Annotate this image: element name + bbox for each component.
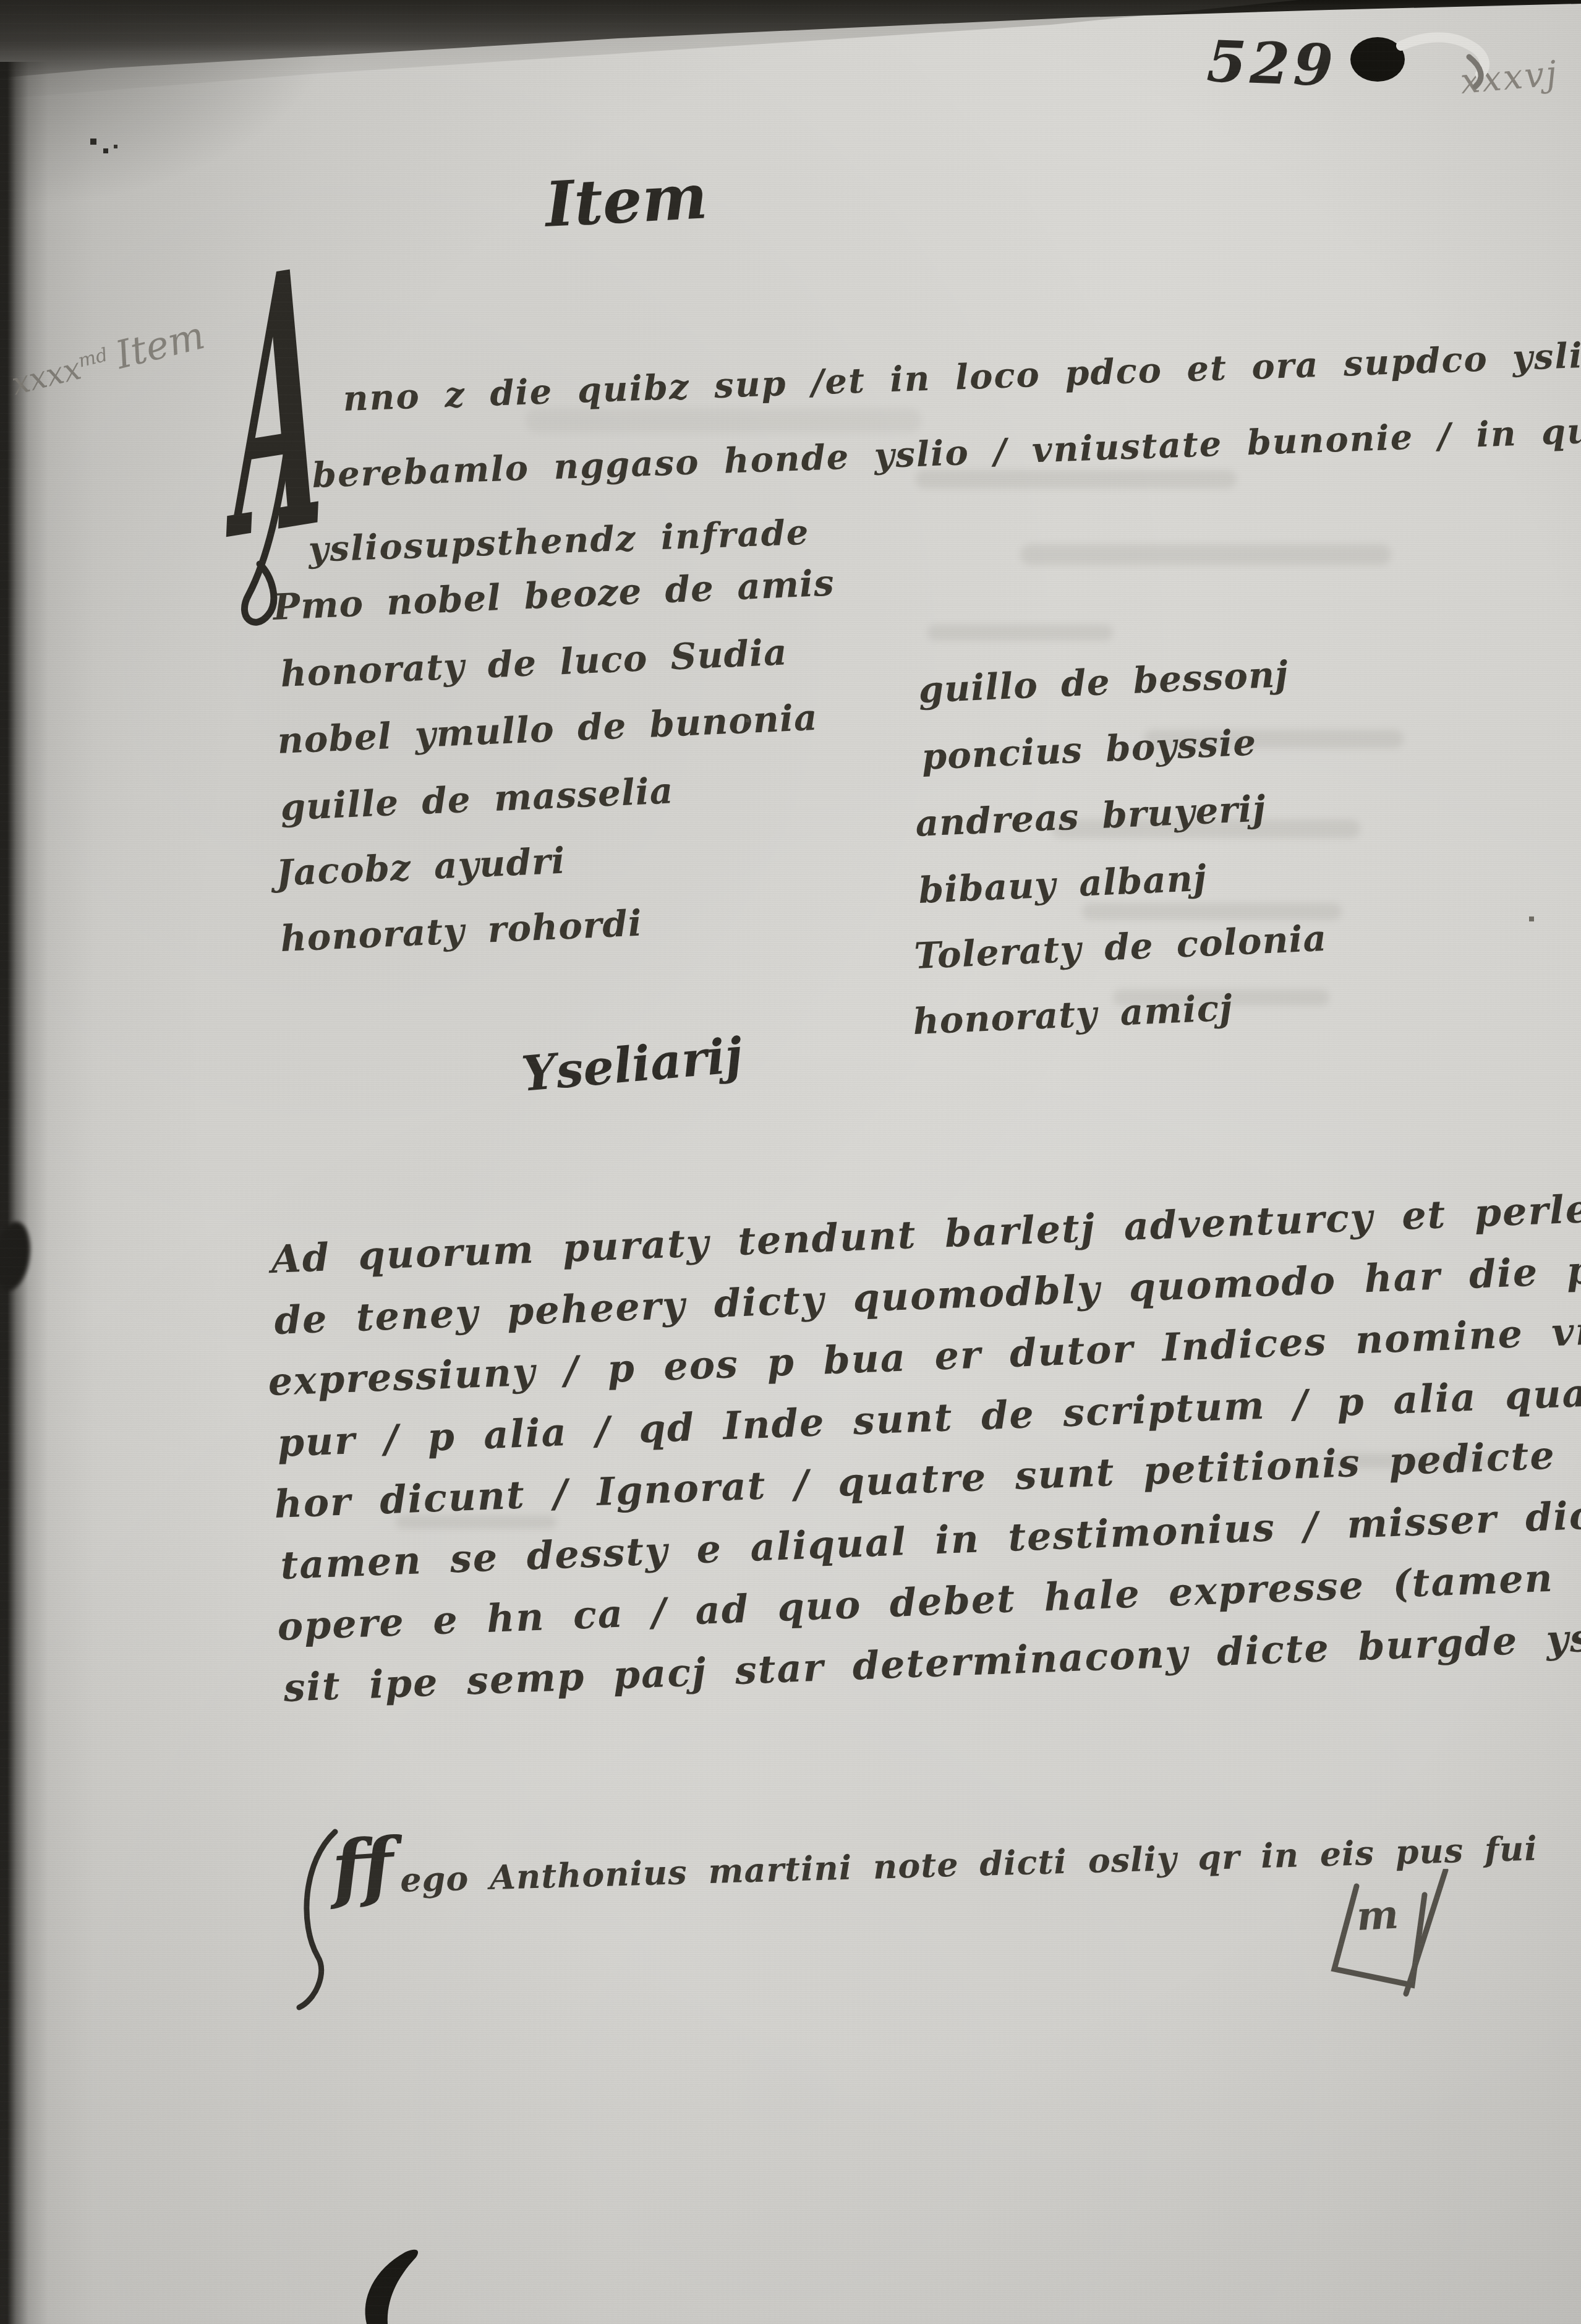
paraph-flourish-stroke	[299, 1832, 335, 2007]
manuscript-page: 529 xxxvj Item xxxxmdItem A nno z die qu…	[0, 0, 1581, 2324]
show-through-mark	[1020, 544, 1391, 565]
paragraph-line: nno z die quibz sup /et in loco pdco et …	[343, 331, 1581, 419]
ink-specks	[0, 0, 1, 1]
ink-smudge	[1348, 14, 1496, 94]
folio-number: 529	[1206, 28, 1338, 99]
show-through-mark	[927, 625, 1113, 641]
attendee-name: honoraty rohordi	[279, 902, 643, 960]
ink-smudge-hook	[1469, 57, 1481, 87]
show-through-mark	[526, 408, 921, 433]
notary-mark-box	[1318, 1869, 1460, 2002]
attendee-name: Jacobz ayudri	[275, 840, 566, 894]
attendee-name: nobel ymullo de bunonia	[276, 696, 819, 762]
notary-box-slash	[1406, 1870, 1446, 1994]
attendee-name: poncius boyssie	[921, 721, 1257, 778]
paragraph-line: ysliosupsthendz infrade	[308, 512, 811, 570]
bottom-ink-mark	[356, 2246, 454, 2324]
attendee-name: guille de masselia	[279, 769, 675, 829]
top-left-corner-shade	[0, 0, 346, 210]
margin-note-numeral: xxxx	[8, 351, 84, 403]
notary-paraph: ff	[329, 1821, 396, 1913]
attendee-name: guillo de bessonj	[918, 653, 1289, 711]
bottom-ink-mark-shape	[365, 2250, 418, 2324]
attendee-name: Toleraty de colonia	[913, 917, 1327, 977]
subsection-heading: Yseliarij	[519, 1027, 745, 1103]
ink-smudge-tail	[1401, 37, 1485, 74]
margin-note-word: Item	[103, 312, 209, 380]
attendee-name: honoraty amicj	[912, 986, 1234, 1043]
section-heading: Item	[543, 160, 709, 241]
